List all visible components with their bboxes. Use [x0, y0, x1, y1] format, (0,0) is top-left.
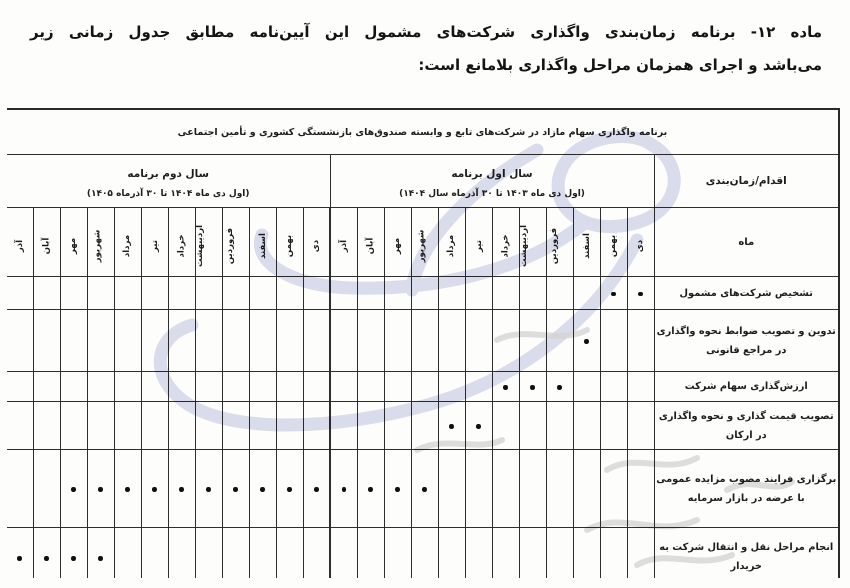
month-header-y2-10: آبان — [33, 208, 60, 277]
milestone-dot — [557, 385, 562, 390]
schedule-cell — [87, 310, 114, 372]
schedule-cell — [519, 450, 546, 528]
schedule-cell — [411, 310, 438, 372]
month-name: فروردین — [549, 227, 559, 263]
schedule-table-container: برنامه واگذاری سهام مازاد در شرکت‌های تا… — [7, 108, 840, 578]
schedule-cell — [195, 528, 222, 579]
milestone-dot — [98, 556, 103, 561]
schedule-cell — [573, 372, 600, 402]
month-name: مرداد — [446, 234, 456, 256]
month-name: اردیبهشت — [195, 224, 205, 266]
schedule-cell — [492, 450, 519, 528]
schedule-cell — [195, 277, 222, 310]
schedule-cell — [546, 402, 573, 450]
schedule-cell — [546, 372, 573, 402]
milestone-dot — [395, 487, 400, 492]
month-name: بهمن — [609, 234, 619, 256]
schedule-cell — [222, 277, 249, 310]
schedule-cell — [168, 310, 195, 372]
schedule-cell — [357, 528, 384, 579]
schedule-row-5: انجام مراحل نقل و انتقال شرکت به خریدار — [7, 528, 839, 579]
month-header-y2-6: تیر — [141, 208, 168, 277]
month-header-y1-3: فروردین — [546, 208, 573, 277]
schedule-cell — [60, 277, 87, 310]
schedule-cell — [114, 450, 141, 528]
month-name: مهر — [392, 237, 402, 253]
month-column-label: ماه — [654, 208, 839, 277]
milestone-dot — [17, 556, 22, 561]
schedule-cell — [330, 402, 357, 450]
month-header-y2-8: شهریور — [87, 208, 114, 277]
milestone-dot — [611, 292, 616, 297]
schedule-cell — [492, 310, 519, 372]
schedule-cell — [357, 450, 384, 528]
schedule-cell — [465, 310, 492, 372]
schedule-cell — [114, 528, 141, 579]
month-header-y1-9: مهر — [384, 208, 411, 277]
schedule-cell — [7, 450, 33, 528]
schedule-cell — [492, 277, 519, 310]
milestone-dot — [287, 487, 292, 492]
month-header-y2-7: مرداد — [114, 208, 141, 277]
schedule-cell — [87, 528, 114, 579]
schedule-cell — [438, 450, 465, 528]
schedule-cell — [303, 310, 330, 372]
month-header-y2-4: اردیبهشت — [195, 208, 222, 277]
month-name: آبان — [366, 237, 376, 254]
month-name: دی — [636, 239, 646, 251]
article-12-paragraph: ماده ۱۲- برنامه زمان‌بندی واگذاری شرکت‌ه… — [0, 0, 850, 82]
document-page: ماده ۱۲- برنامه زمان‌بندی واگذاری شرکت‌ه… — [0, 0, 850, 588]
schedule-cell — [60, 402, 87, 450]
month-name: شهریور — [92, 229, 102, 262]
schedule-cell — [627, 450, 654, 528]
milestone-dot — [125, 487, 130, 492]
schedule-cell — [168, 402, 195, 450]
schedule-cell — [114, 402, 141, 450]
schedule-cell — [384, 450, 411, 528]
activity-label: تدوین و تصویب ضوابط نحوه واگذاری در مراج… — [654, 310, 839, 372]
month-header-y1-2: اسفند — [573, 208, 600, 277]
schedule-cell — [492, 402, 519, 450]
month-header-y1-4: اردیبهشت — [519, 208, 546, 277]
schedule-cell — [357, 372, 384, 402]
schedule-cell — [546, 277, 573, 310]
month-name: آبان — [42, 237, 52, 254]
schedule-cell — [303, 277, 330, 310]
month-header-y2-9: مهر — [60, 208, 87, 277]
milestone-dot — [152, 487, 157, 492]
schedule-cell — [573, 277, 600, 310]
schedule-row-0: تشخیص شرکت‌های مشمول — [7, 277, 839, 310]
schedule-cell — [33, 402, 60, 450]
schedule-cell — [33, 450, 60, 528]
month-header-y1-0: دی — [627, 208, 654, 277]
schedule-cell — [87, 372, 114, 402]
schedule-cell — [141, 528, 168, 579]
schedule-cell — [249, 528, 276, 579]
schedule-cell — [384, 310, 411, 372]
schedule-cell — [141, 310, 168, 372]
schedule-cell — [330, 528, 357, 579]
schedule-row-1: تدوین و تصویب ضوابط نحوه واگذاری در مراج… — [7, 310, 839, 372]
schedule-cell — [411, 450, 438, 528]
schedule-cell — [465, 528, 492, 579]
month-name: مهر — [68, 237, 78, 253]
month-name: اردیبهشت — [519, 224, 529, 266]
schedule-cell — [600, 528, 627, 579]
month-name: بهمن — [285, 234, 295, 256]
schedule-cell — [33, 310, 60, 372]
schedule-cell — [114, 277, 141, 310]
schedule-cell — [519, 310, 546, 372]
activity-label: تشخیص شرکت‌های مشمول — [654, 277, 839, 310]
schedule-cell — [411, 402, 438, 450]
schedule-cell — [627, 402, 654, 450]
schedule-cell — [276, 402, 303, 450]
schedule-cell — [411, 372, 438, 402]
year-header-row: اقدام/زمان‌بندی سال اول برنامه (اول دی م… — [7, 155, 839, 208]
schedule-cell — [627, 528, 654, 579]
year2-header: سال دوم برنامه (اول دی ماه ۱۴۰۴ تا ۳۰ آذ… — [7, 155, 330, 208]
schedule-cell — [357, 310, 384, 372]
action-column-header: اقدام/زمان‌بندی — [654, 155, 839, 208]
month-name: دی — [311, 239, 321, 251]
schedule-cell — [600, 450, 627, 528]
month-name: مرداد — [122, 234, 132, 256]
month-header-y1-6: تیر — [465, 208, 492, 277]
month-header-row: ماه دیبهمناسفندفروردیناردیبهشتخردادتیرمر… — [7, 208, 839, 277]
schedule-cell — [87, 450, 114, 528]
schedule-cell — [222, 450, 249, 528]
year1-header: سال اول برنامه (اول دی ماه ۱۴۰۳ تا ۳۰ آذ… — [330, 155, 654, 208]
schedule-cell — [492, 528, 519, 579]
schedule-cell — [87, 277, 114, 310]
milestone-dot — [260, 487, 265, 492]
year1-title: سال اول برنامه — [331, 159, 654, 185]
schedule-cell — [519, 277, 546, 310]
schedule-cell — [411, 277, 438, 310]
month-header-y2-1: بهمن — [276, 208, 303, 277]
article-text-line1: ماده ۱۲- برنامه زمان‌بندی واگذاری شرکت‌ه… — [30, 16, 822, 49]
schedule-cell — [249, 450, 276, 528]
milestone-dot — [179, 487, 184, 492]
month-header-y2-3: فروردین — [222, 208, 249, 277]
article-text-line2: می‌باشد و اجرای همزمان مراحل واگذاری بلا… — [30, 49, 822, 82]
milestone-dot — [71, 556, 76, 561]
schedule-cell — [33, 528, 60, 579]
schedule-cell — [519, 402, 546, 450]
month-name: تیر — [473, 240, 483, 252]
milestone-dot — [530, 385, 535, 390]
month-header-y1-8: شهریور — [411, 208, 438, 277]
schedule-cell — [573, 402, 600, 450]
year1-subtitle: (اول دی ماه ۱۴۰۳ تا ۳۰ آذرماه سال ۱۴۰۴) — [331, 185, 654, 203]
schedule-cell — [276, 528, 303, 579]
schedule-cell — [438, 402, 465, 450]
schedule-cell — [600, 277, 627, 310]
schedule-cell — [519, 372, 546, 402]
month-name: شهریور — [416, 229, 426, 262]
schedule-cell — [60, 372, 87, 402]
milestone-dot — [44, 556, 49, 561]
schedule-cell — [249, 402, 276, 450]
month-header-y2-2: اسفند — [249, 208, 276, 277]
schedule-cell — [222, 372, 249, 402]
schedule-cell — [465, 277, 492, 310]
schedule-cell — [276, 310, 303, 372]
schedule-cell — [411, 528, 438, 579]
milestone-dot — [476, 424, 481, 429]
schedule-cell — [141, 277, 168, 310]
year2-subtitle: (اول دی ماه ۱۴۰۴ تا ۳۰ آذرماه ۱۴۰۵) — [7, 185, 330, 203]
activity-label: انجام مراحل نقل و انتقال شرکت به خریدار — [654, 528, 839, 579]
table-title-row: برنامه واگذاری سهام مازاد در شرکت‌های تا… — [7, 109, 839, 155]
schedule-cell — [114, 372, 141, 402]
schedule-cell — [303, 372, 330, 402]
month-name: خرداد — [501, 234, 511, 257]
schedule-cell — [357, 277, 384, 310]
schedule-cell — [627, 372, 654, 402]
activity-label: تصویب قیمت گذاری و نحوه واگذاری در ارکان — [654, 402, 839, 450]
month-header-y1-7: مرداد — [438, 208, 465, 277]
schedule-cell — [438, 277, 465, 310]
schedule-cell — [7, 277, 33, 310]
schedule-cell — [87, 402, 114, 450]
schedule-cell — [492, 372, 519, 402]
schedule-cell — [249, 372, 276, 402]
schedule-cell — [438, 528, 465, 579]
schedule-cell — [573, 450, 600, 528]
divestiture-schedule-table: برنامه واگذاری سهام مازاد در شرکت‌های تا… — [7, 108, 840, 578]
schedule-cell — [249, 277, 276, 310]
schedule-cell — [600, 402, 627, 450]
month-header-y2-5: خرداد — [168, 208, 195, 277]
schedule-cell — [384, 528, 411, 579]
schedule-cell — [7, 528, 33, 579]
year2-title: سال دوم برنامه — [7, 159, 330, 185]
milestone-dot — [342, 487, 347, 492]
milestone-dot — [503, 385, 508, 390]
milestone-dot — [233, 487, 238, 492]
schedule-cell — [276, 450, 303, 528]
month-name: آذر — [15, 239, 25, 251]
milestone-dot — [98, 487, 103, 492]
schedule-cell — [330, 450, 357, 528]
month-header-y1-11: آذر — [330, 208, 357, 277]
milestone-dot — [71, 487, 76, 492]
schedule-row-3: تصویب قیمت گذاری و نحوه واگذاری در ارکان — [7, 402, 839, 450]
schedule-cell — [276, 277, 303, 310]
schedule-cell — [222, 528, 249, 579]
schedule-cell — [573, 310, 600, 372]
schedule-cell — [600, 310, 627, 372]
schedule-cell — [33, 277, 60, 310]
schedule-cell — [546, 528, 573, 579]
activity-label: ارزش‌گذاری سهام شرکت — [654, 372, 839, 402]
month-name: آذر — [339, 239, 349, 251]
schedule-cell — [222, 310, 249, 372]
schedule-cell — [141, 402, 168, 450]
schedule-cell — [33, 372, 60, 402]
month-name: فروردین — [225, 227, 235, 263]
milestone-dot — [368, 487, 373, 492]
month-header-y1-10: آبان — [357, 208, 384, 277]
schedule-cell — [195, 450, 222, 528]
month-header-y1-5: خرداد — [492, 208, 519, 277]
milestone-dot — [206, 487, 211, 492]
schedule-cell — [168, 450, 195, 528]
schedule-cell — [384, 372, 411, 402]
schedule-cell — [384, 402, 411, 450]
schedule-cell — [303, 528, 330, 579]
schedule-row-4: برگزاری فرایند مصوب مزایده عمومی با عرضه… — [7, 450, 839, 528]
milestone-dot — [638, 292, 643, 297]
milestone-dot — [584, 339, 589, 344]
schedule-cell — [60, 528, 87, 579]
schedule-cell — [438, 372, 465, 402]
schedule-cell — [357, 402, 384, 450]
schedule-cell — [519, 528, 546, 579]
schedule-cell — [627, 277, 654, 310]
schedule-cell — [546, 310, 573, 372]
schedule-cell — [465, 450, 492, 528]
milestone-dot — [314, 487, 319, 492]
month-name: خرداد — [177, 234, 187, 257]
schedule-cell — [465, 372, 492, 402]
milestone-dot — [449, 424, 454, 429]
month-name: اسفند — [582, 233, 592, 259]
schedule-cell — [7, 310, 33, 372]
schedule-cell — [438, 310, 465, 372]
schedule-cell — [573, 528, 600, 579]
schedule-cell — [60, 450, 87, 528]
schedule-cell — [195, 372, 222, 402]
table-title: برنامه واگذاری سهام مازاد در شرکت‌های تا… — [7, 109, 839, 155]
schedule-cell — [141, 372, 168, 402]
schedule-cell — [276, 372, 303, 402]
month-header-y2-11: آذر — [7, 208, 33, 277]
schedule-cell — [7, 402, 33, 450]
schedule-cell — [384, 277, 411, 310]
schedule-cell — [222, 402, 249, 450]
schedule-cell — [141, 450, 168, 528]
schedule-cell — [168, 277, 195, 310]
schedule-cell — [330, 310, 357, 372]
month-name: اسفند — [258, 233, 268, 259]
schedule-cell — [7, 372, 33, 402]
schedule-cell — [600, 372, 627, 402]
schedule-cell — [465, 402, 492, 450]
schedule-cell — [168, 528, 195, 579]
month-header-y2-0: دی — [303, 208, 330, 277]
schedule-cell — [195, 402, 222, 450]
schedule-cell — [195, 310, 222, 372]
milestone-dot — [422, 487, 427, 492]
schedule-cell — [60, 310, 87, 372]
schedule-cell — [303, 402, 330, 450]
schedule-cell — [303, 450, 330, 528]
schedule-cell — [249, 310, 276, 372]
month-header-y1-1: بهمن — [600, 208, 627, 277]
schedule-cell — [546, 450, 573, 528]
schedule-cell — [114, 310, 141, 372]
schedule-row-2: ارزش‌گذاری سهام شرکت — [7, 372, 839, 402]
schedule-cell — [330, 372, 357, 402]
schedule-cell — [168, 372, 195, 402]
schedule-cell — [627, 310, 654, 372]
month-name: تیر — [149, 240, 159, 252]
activity-label: برگزاری فرایند مصوب مزایده عمومی با عرضه… — [654, 450, 839, 528]
schedule-cell — [330, 277, 357, 310]
